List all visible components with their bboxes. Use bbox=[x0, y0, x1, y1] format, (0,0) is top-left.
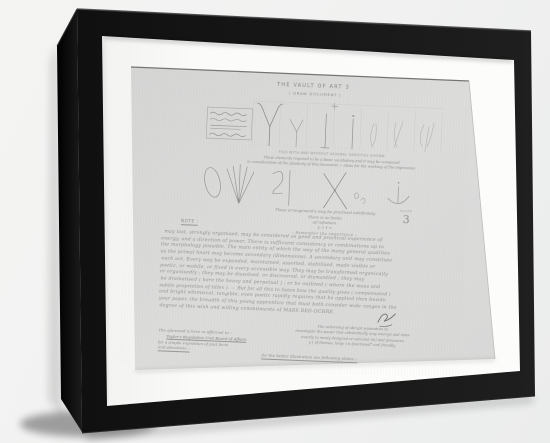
ray-fan-figure bbox=[226, 164, 255, 204]
faint-loop-curves-figure bbox=[370, 120, 434, 152]
small-scribbles-figure bbox=[354, 193, 366, 204]
arc-with-tick-figure bbox=[388, 182, 410, 204]
crossed-lines-figure bbox=[323, 172, 348, 209]
wavy-lines-panel-figure bbox=[206, 107, 252, 140]
tilted-ellipse-figure bbox=[201, 166, 224, 200]
signature-flourish bbox=[378, 313, 396, 327]
branching-y-large-figure bbox=[256, 103, 283, 146]
plate-number: 3 bbox=[402, 214, 409, 225]
panel-grid bbox=[252, 101, 444, 153]
drawing-content: THE VAULT OF ART 3 ( DRAW DOCUMENT ) FIG… bbox=[119, 69, 471, 378]
curve-and-bar-figure bbox=[272, 170, 290, 206]
vertical-bar-dot-figure bbox=[351, 115, 354, 149]
caption2-formula: y = f ∞ bbox=[318, 226, 332, 231]
note-label: NOTE : bbox=[181, 219, 199, 225]
vertical-bar-tick-figure bbox=[321, 114, 330, 148]
branching-y-small-figure bbox=[289, 119, 303, 146]
